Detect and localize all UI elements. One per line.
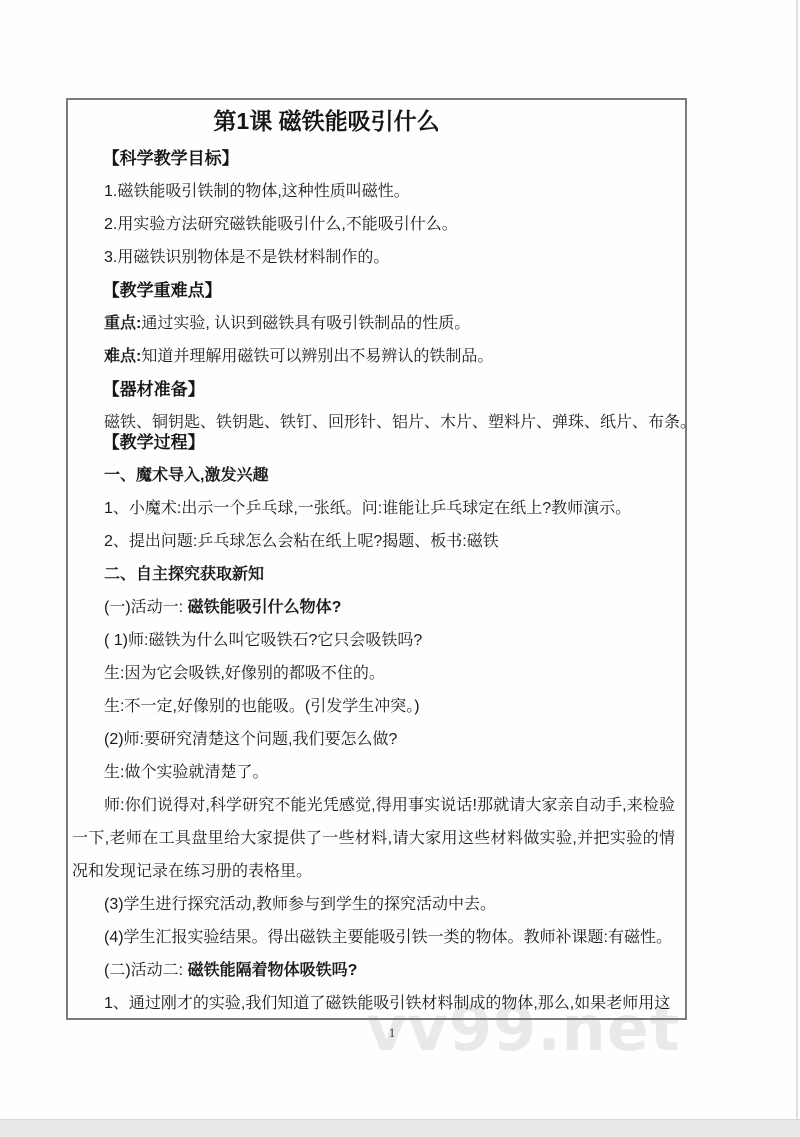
page-number: 1	[0, 1025, 792, 1041]
activity-1-title: 磁铁能吸引什么物体?	[188, 599, 342, 616]
step-1-item-1: 1、小魔术:出示一个乒乓球,一张纸。问:谁能让乒乓球定在纸上?教师演示。	[72, 492, 675, 525]
section-heading-key-points: 【教学重难点】	[72, 274, 675, 307]
activity-2-lead: (二)活动二:	[104, 962, 188, 979]
dialogue-teacher-2: (2)师:要研究清楚这个问题,我们要怎么做?	[72, 723, 675, 756]
activity-1-heading: (一)活动一: 磁铁能吸引什么物体?	[72, 591, 675, 624]
activity-2-heading: (二)活动二: 磁铁能隔着物体吸铁吗?	[72, 954, 675, 987]
dialogue-student-3: 生:做个实验就清楚了。	[72, 756, 675, 789]
section-heading-materials: 【器材准备】	[72, 373, 675, 406]
activity-1-step-4: (4)学生汇报实验结果。得出磁铁主要能吸引铁一类的物体。教师补课题:有磁性。	[72, 921, 675, 954]
scanned-document-page: vv99.net 第1课 磁铁能吸引什么 【科学教学目标】 1.磁铁能吸引铁制的…	[0, 0, 800, 1137]
step-1-heading: 一、魔术导入,激发兴趣	[72, 459, 675, 492]
lesson-plan-box: 第1课 磁铁能吸引什么 【科学教学目标】 1.磁铁能吸引铁制的物体,这种性质叫磁…	[66, 98, 687, 1020]
difficult-point-line: 难点:知道并理解用磁铁可以辨别出不易辨认的铁制品。	[72, 340, 675, 373]
difficult-point-label: 难点:	[104, 348, 141, 365]
objective-item-1: 1.磁铁能吸引铁制的物体,这种性质叫磁性。	[72, 175, 675, 208]
key-point-label: 重点:	[104, 315, 141, 332]
page-edge-line	[796, 0, 798, 1120]
activity-2-item-1: 1、通过刚才的实验,我们知道了磁铁能吸引铁材料制成的物体,那么,如果老师用这	[72, 987, 675, 1020]
dialogue-student-2: 生:不一定,好像别的也能吸。(引发学生冲突。)	[72, 690, 675, 723]
footer-band	[0, 1119, 800, 1137]
difficult-point-text: 知道并理解用磁铁可以辨别出不易辨认的铁制品。	[141, 348, 493, 365]
step-1-item-2: 2、提出问题:乒乓球怎么会粘在纸上呢?揭题、板书:磁铁	[72, 525, 675, 558]
dialogue-teacher-3: 师:你们说得对,科学研究不能光凭感觉,得用事实说话!那就请大家亲自动手,来检验一…	[72, 789, 675, 888]
dialogue-teacher-1: ( 1)师:磁铁为什么叫它吸铁石?它只会吸铁吗?	[72, 624, 675, 657]
activity-2-title: 磁铁能隔着物体吸铁吗?	[188, 962, 358, 979]
activity-1-lead: (一)活动一:	[104, 599, 188, 616]
key-point-line: 重点:通过实验, 认识到磁铁具有吸引铁制品的性质。	[72, 307, 675, 340]
objective-item-2: 2.用实验方法研究磁铁能吸引什么,不能吸引什么。	[72, 208, 675, 241]
objective-item-3: 3.用磁铁识别物体是不是铁材料制作的。	[72, 241, 675, 274]
key-point-text: 通过实验, 认识到磁铁具有吸引铁制品的性质。	[141, 315, 470, 332]
activity-1-step-3: (3)学生进行探究活动,教师参与到学生的探究活动中去。	[72, 888, 675, 921]
dialogue-student-1: 生:因为它会吸铁,好像别的都吸不住的。	[72, 657, 675, 690]
section-heading-science-objectives: 【科学教学目标】	[72, 142, 675, 175]
step-2-heading: 二、自主探究获取新知	[72, 558, 675, 591]
lesson-title: 第1课 磁铁能吸引什么	[25, 103, 628, 139]
